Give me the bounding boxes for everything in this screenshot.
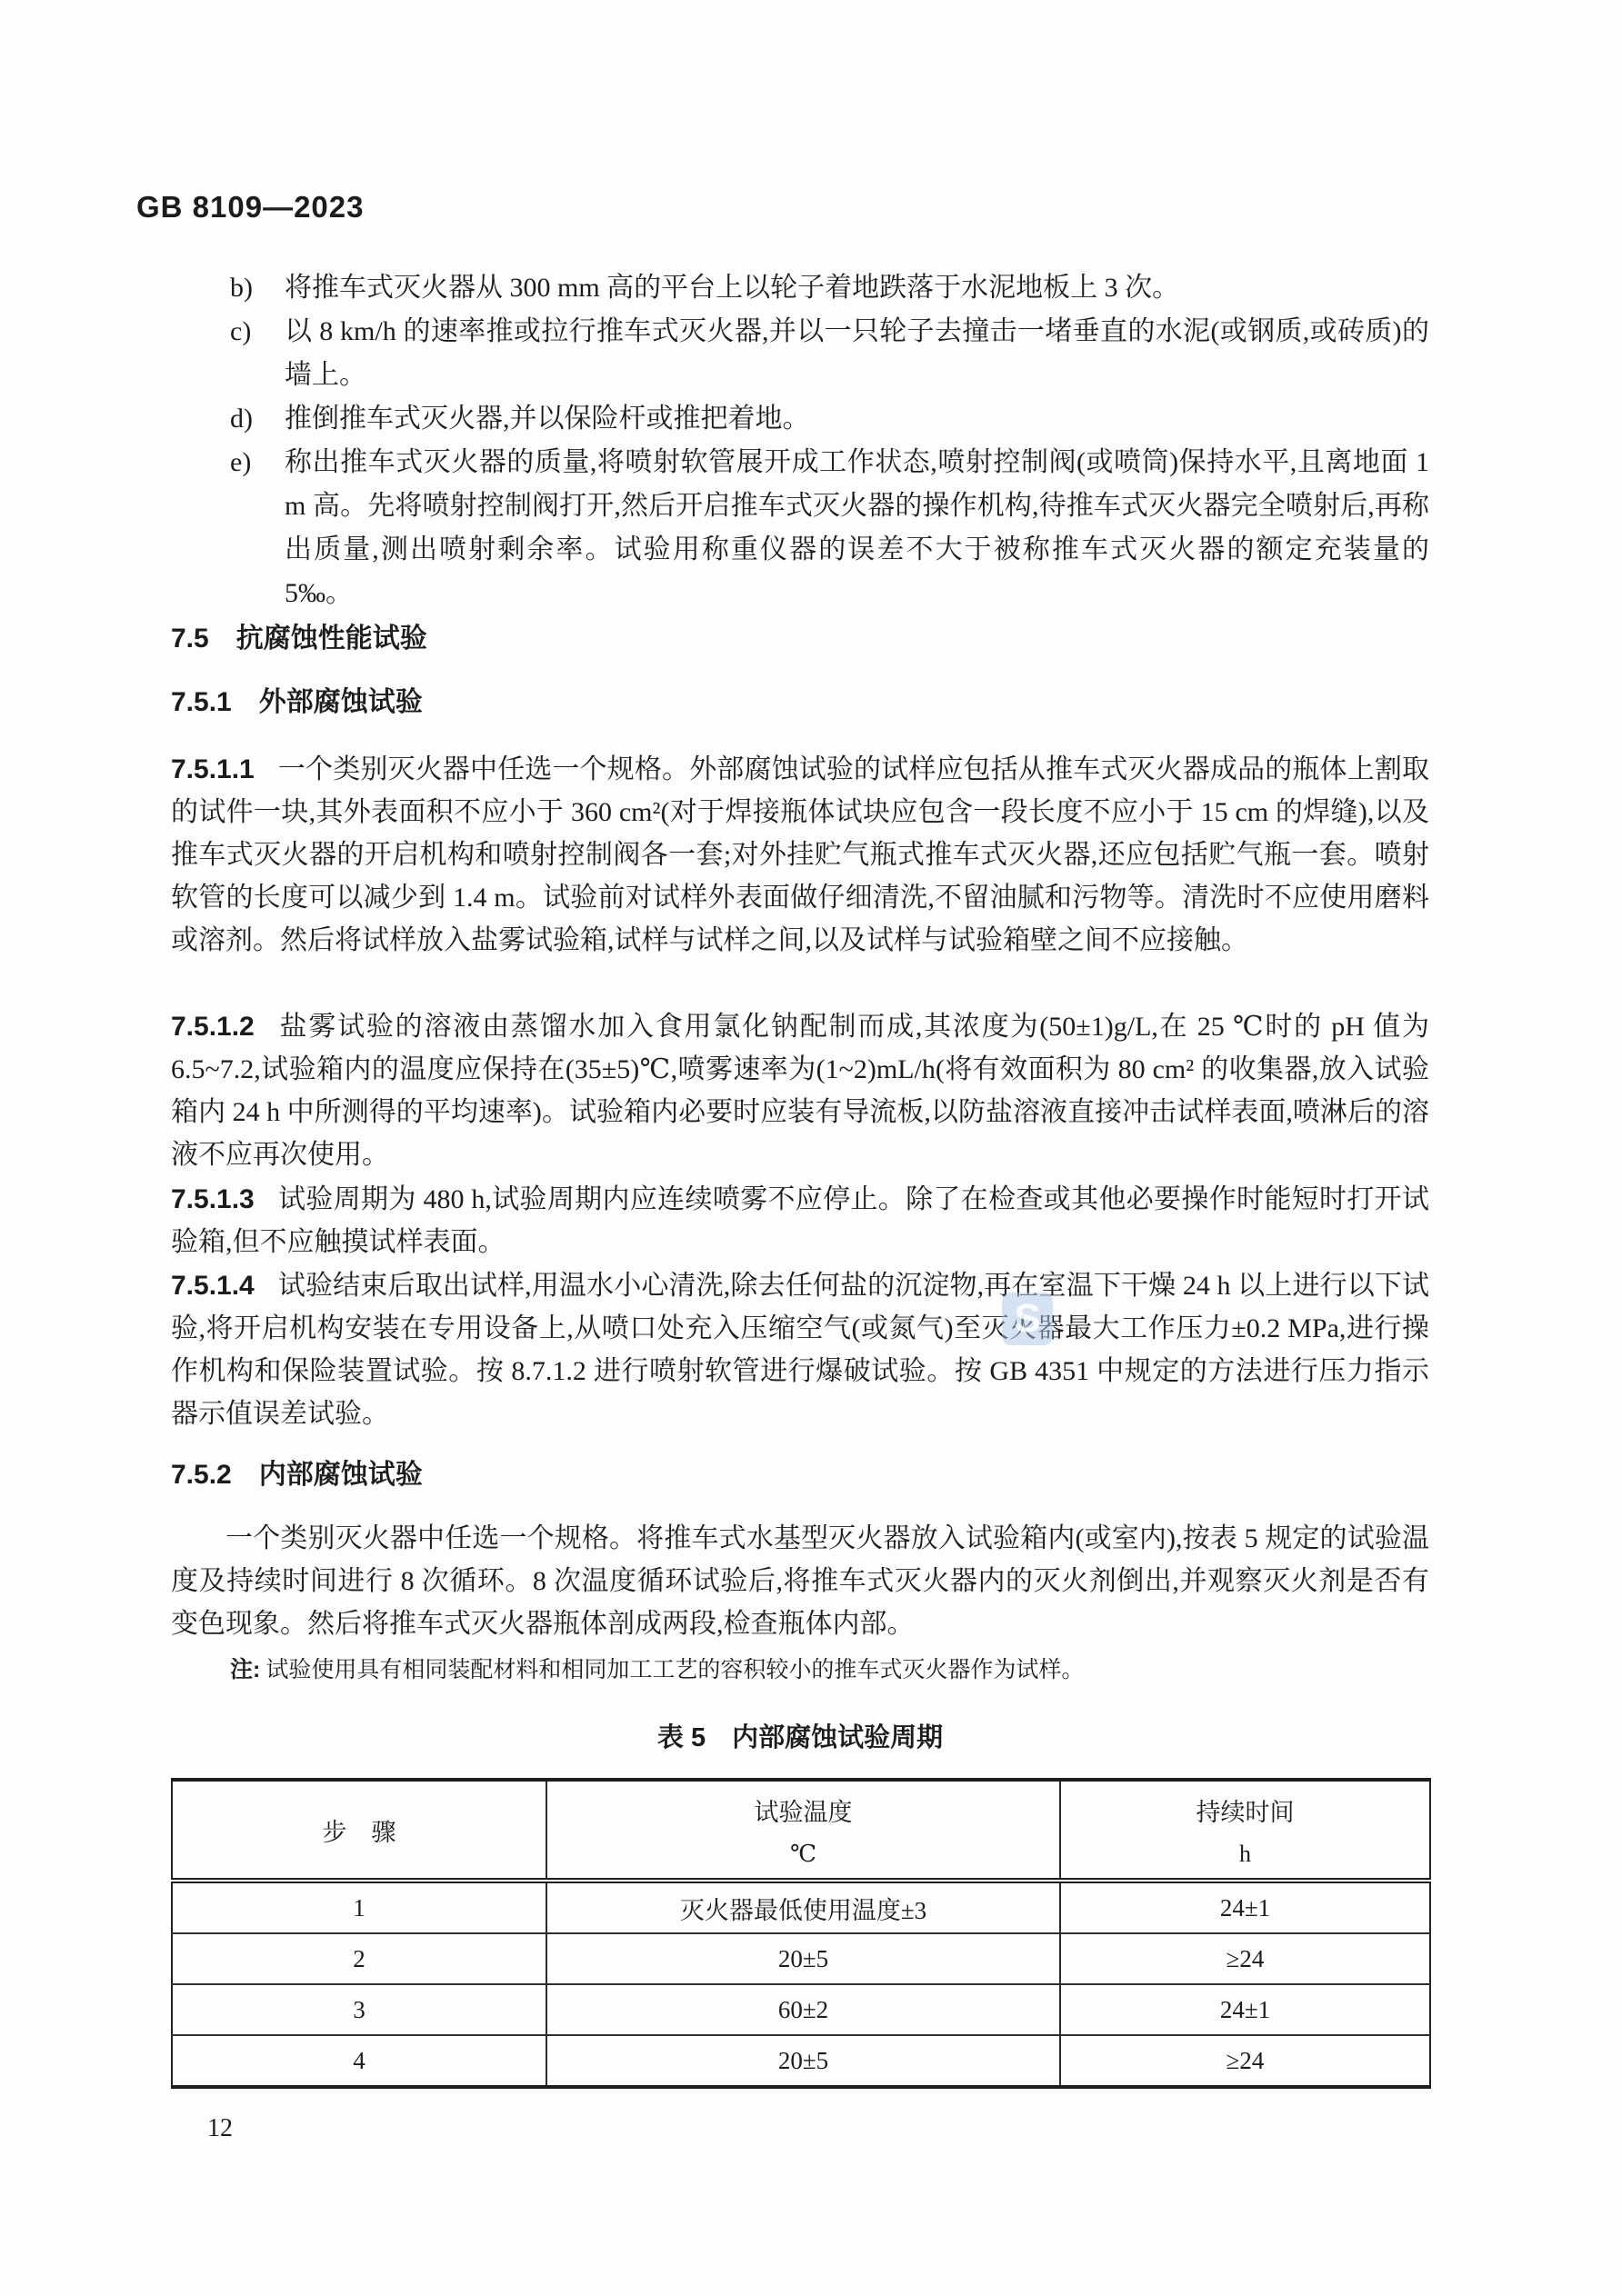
list-text: 称出推车式灭火器的质量,将喷射软管展开成工作状态,喷射控制阀(或喷筒)保持水平,… [285,447,1429,608]
section-heading-7-5-1: 7.5.1外部腐蚀试验 [171,685,1429,720]
cell-duration: ≥24 [1060,2035,1430,2087]
standard-number-header: GB 8109—2023 [136,190,365,225]
note-text: 试验使用具有相同装配材料和相同加工工艺的容积较小的推车式灭火器作为试样。 [265,1658,1084,1682]
section-number: 7.5.1 [171,687,232,717]
document-page: GB 8109—2023 b) 将推车式灭火器从 300 mm 高的平台上以轮子… [0,0,1622,2296]
cell-step: 1 [172,1881,546,1933]
list-item-d: d) 推倒推车式灭火器,并以保险杆或推把着地。 [171,397,1429,441]
column-header-unit: h [1239,1841,1251,1868]
column-header-label: 试验温度 [755,1792,853,1828]
list-item-c: c) 以 8 km/h 的速率推或拉行推车式灭火器,并以一只轮子去撞击一堵垂直的… [171,310,1429,397]
cell-step: 4 [172,2035,546,2087]
section-title: 内部腐蚀试验 [259,1460,423,1490]
section-number: 7.5.2 [171,1460,232,1490]
column-header-unit: ℃ [790,1841,816,1868]
paragraph-text: 盐雾试验的溶液由蒸馏水加入食用氯化钠配制而成,其浓度为(50±1)g/L,在 2… [171,1012,1429,1170]
page-number: 12 [207,2114,233,2143]
cell-duration: ≥24 [1060,1933,1430,1984]
column-header-temperature: 试验温度 ℃ [546,1780,1060,1881]
cell-temperature: 60±2 [546,1984,1060,2035]
cell-temperature: 灭火器最低使用温度±3 [546,1881,1060,1933]
cell-temperature: 20±5 [546,1933,1060,1984]
paragraph-text: 一个类别灭火器中任选一个规格。将推车式水基型灭火器放入试验箱内(或室内),按表 … [171,1523,1429,1639]
note-label: 注: [230,1657,260,1682]
cell-step: 3 [172,1984,546,2035]
list-text: 推倒推车式灭火器,并以保险杆或推把着地。 [285,404,810,434]
table-row: 4 20±5 ≥24 [172,2035,1430,2087]
section-title: 外部腐蚀试验 [259,687,423,717]
table-caption: 表 5 内部腐蚀试验周期 [171,1717,1429,1754]
paragraph-7-5-2-body: 一个类别灭火器中任选一个规格。将推车式水基型灭火器放入试验箱内(或室内),按表 … [171,1517,1429,1645]
cell-temperature: 20±5 [546,2035,1060,2087]
paragraph-7-5-1-3: 7.5.1.3试验周期为 480 h,试验周期内应连续喷雾不应停止。除了在检查或… [171,1178,1429,1263]
section-number: 7.5 [171,624,209,654]
table-row: 3 60±2 24±1 [172,1984,1430,2035]
list-marker: e) [230,441,251,484]
paragraph-7-5-1-1: 7.5.1.1一个类别灭火器中任选一个规格。外部腐蚀试验的试样应包括从推车式灭火… [171,748,1429,962]
internal-corrosion-cycle-table: 步 骤 试验温度 ℃ 持续时间 h 1 灭火器 [171,1778,1431,2089]
table-row: 2 20±5 ≥24 [172,1933,1430,1984]
list-marker: d) [230,397,253,441]
column-header-step: 步 骤 [172,1780,546,1881]
section-title: 抗腐蚀性能试验 [236,624,427,654]
cell-duration: 24±1 [1060,1881,1430,1933]
paragraph-text: 试验结束后取出试样,用温水小心清洗,除去任何盐的沉淀物,再在室温下干燥 24 h… [171,1271,1429,1429]
paragraph-number: 7.5.1.4 [171,1271,255,1301]
paragraph-7-5-1-2: 7.5.1.2盐雾试验的溶液由蒸馏水加入食用氯化钠配制而成,其浓度为(50±1)… [171,1005,1429,1176]
paragraph-7-5-1-4: 7.5.1.4试验结束后取出试样,用温水小心清洗,除去任何盐的沉淀物,再在室温下… [171,1264,1429,1435]
list-item-e: e) 称出推车式灭火器的质量,将喷射软管展开成工作状态,喷射控制阀(或喷筒)保持… [171,441,1429,615]
paragraph-number: 7.5.1.1 [171,754,255,784]
section-heading-7-5: 7.5抗腐蚀性能试验 [171,622,1429,656]
cell-duration: 24±1 [1060,1984,1430,2035]
table-row: 1 灭火器最低使用温度±3 24±1 [172,1881,1430,1933]
column-header-duration: 持续时间 h [1060,1780,1430,1881]
list-marker: b) [230,266,253,310]
paragraph-text: 一个类别灭火器中任选一个规格。外部腐蚀试验的试样应包括从推车式灭火器成品的瓶体上… [171,754,1429,955]
column-header-label: 步 骤 [323,1812,396,1848]
paragraph-number: 7.5.1.2 [171,1012,255,1042]
paragraph-text: 试验周期为 480 h,试验周期内应连续喷雾不应停止。除了在检查或其他必要操作时… [171,1184,1429,1257]
note: 注:试验使用具有相同装配材料和相同加工工艺的容积较小的推车式灭火器作为试样。 [230,1654,1430,1686]
column-header-label: 持续时间 [1196,1792,1295,1828]
list-marker: c) [230,310,251,354]
list-text: 以 8 km/h 的速率推或拉行推车式灭火器,并以一只轮子去撞击一堵垂直的水泥(… [285,316,1429,390]
list-item-b: b) 将推车式灭火器从 300 mm 高的平台上以轮子着地跌落于水泥地板上 3 … [171,266,1429,310]
list-text: 将推车式灭火器从 300 mm 高的平台上以轮子着地跌落于水泥地板上 3 次。 [285,273,1179,303]
paragraph-number: 7.5.1.3 [171,1184,255,1214]
cell-step: 2 [172,1933,546,1984]
section-heading-7-5-2: 7.5.2内部腐蚀试验 [171,1458,1429,1492]
table-header-row: 步 骤 试验温度 ℃ 持续时间 h [172,1780,1430,1881]
